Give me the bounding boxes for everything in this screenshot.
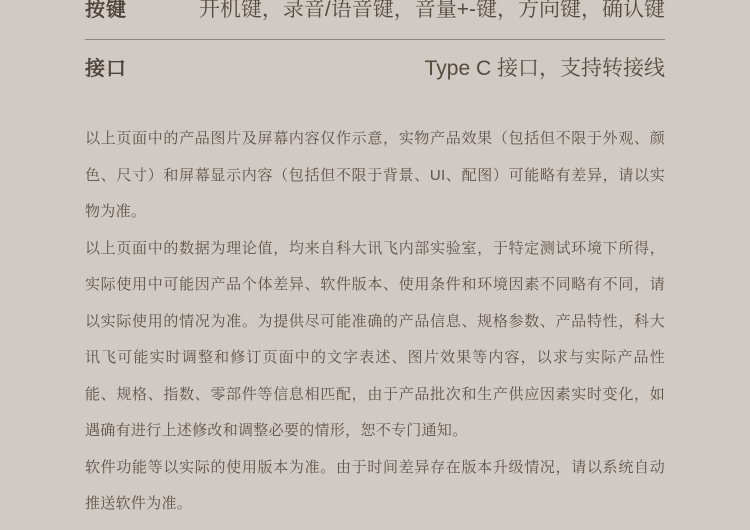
product-spec-page: 按键 开机键，录音/语音键，音量+-键，方向键，确认键 接口 Type C 接口… xyxy=(0,0,750,530)
spec-label-buttons: 按键 xyxy=(85,0,127,24)
spec-value-interface: Type C 接口，支持转接线 xyxy=(425,55,665,83)
disclaimer-paragraph-data: 以上页面中的数据为理论值，均来自科大讯飞内部实验室，于特定测试环境下所得，实际使… xyxy=(85,231,665,450)
row-divider xyxy=(85,39,665,40)
disclaimer-section: 以上页面中的产品图片及屏幕内容仅作示意，实物产品效果（包括但不限于外观、颜色、尺… xyxy=(85,121,665,523)
spec-content: 按键 开机键，录音/语音键，音量+-键，方向键，确认键 接口 Type C 接口… xyxy=(0,0,750,523)
spec-row-interface: 接口 Type C 接口，支持转接线 xyxy=(85,55,665,83)
disclaimer-paragraph-display: 以上页面中的产品图片及屏幕内容仅作示意，实物产品效果（包括但不限于外观、颜色、尺… xyxy=(85,121,665,231)
disclaimer-paragraph-software: 软件功能等以实际的使用版本为准。由于时间差异存在版本升级情况，请以系统自动推送软… xyxy=(85,450,665,523)
spec-label-interface: 接口 xyxy=(85,55,127,83)
spec-row-buttons: 按键 开机键，录音/语音键，音量+-键，方向键，确认键 xyxy=(85,0,665,24)
spec-value-buttons: 开机键，录音/语音键，音量+-键，方向键，确认键 xyxy=(199,0,665,24)
